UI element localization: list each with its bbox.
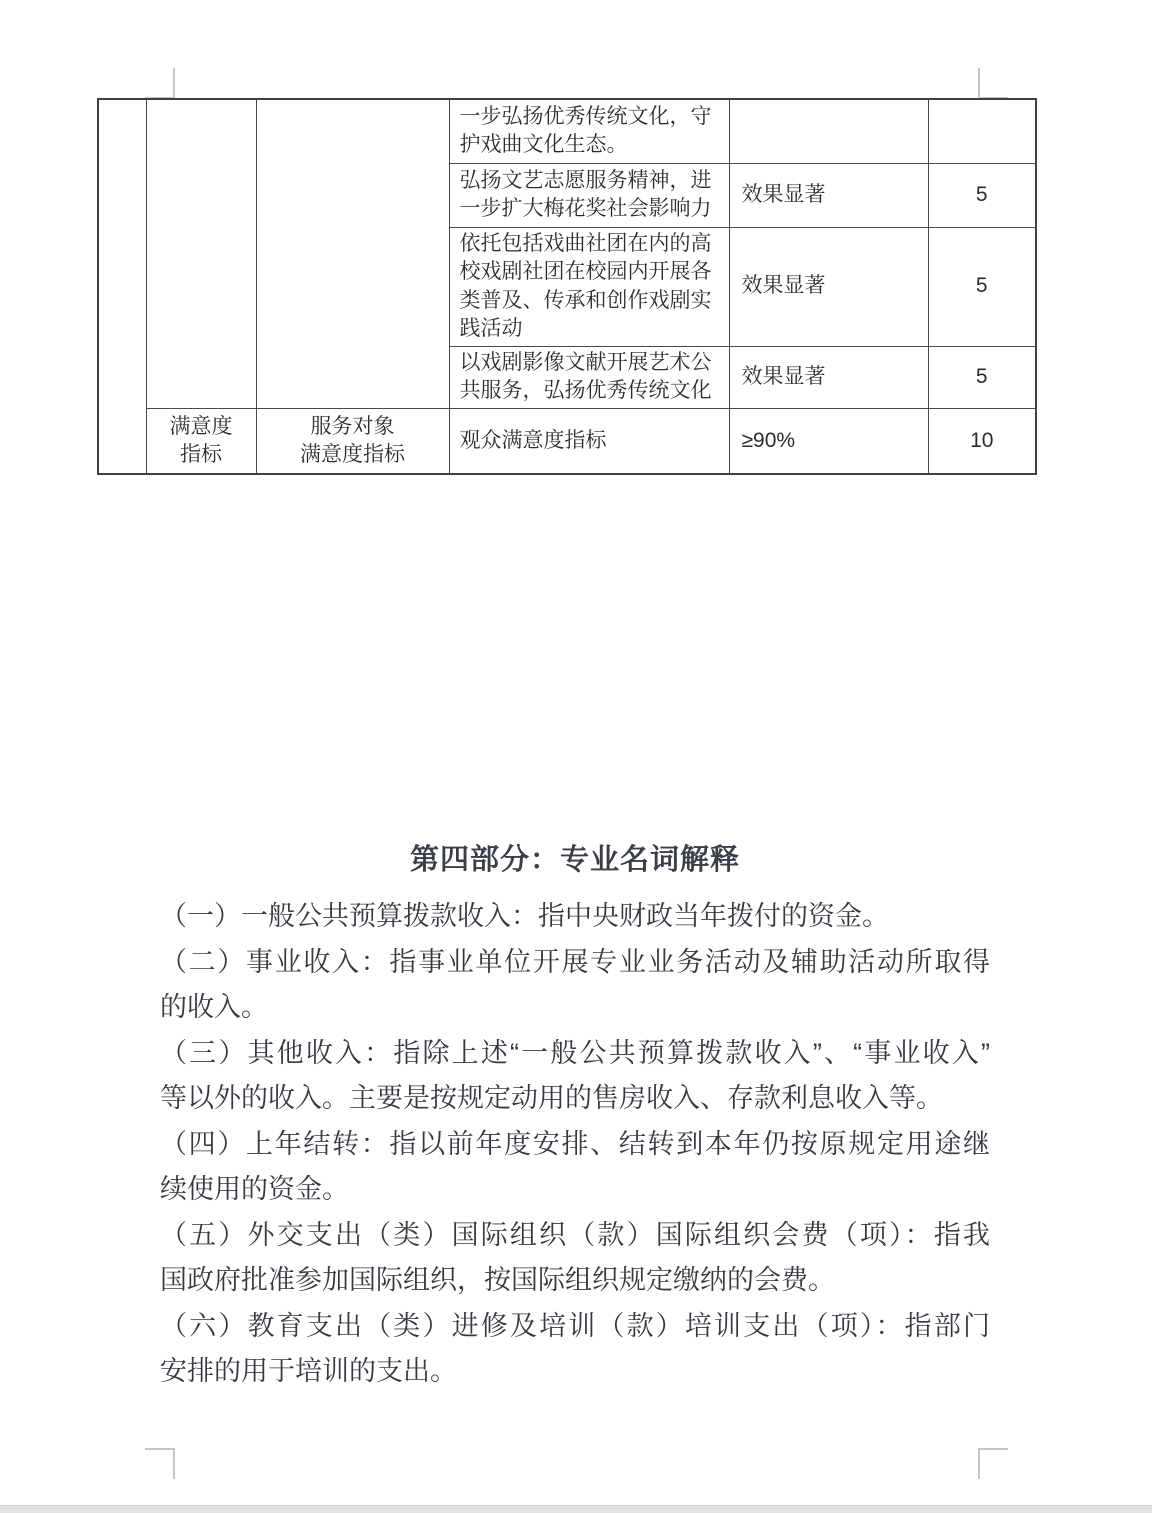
category-cell: 满意度 指标 — [146, 408, 256, 474]
definition-paragraph: （一）一般公共预算拨款收入：指中央财政当年拨付的资金。 — [160, 894, 990, 940]
definition-line: 等以外的收入。主要是按规定动用的售房收入、存款利息收入等。 — [160, 1076, 990, 1122]
page-bottom-edge — [0, 1505, 1152, 1513]
table-row: 满意度 指标 服务对象 满意度指标 观众满意度指标 ≥90% 10 — [98, 408, 1036, 474]
indicator-cell: 依托包括戏曲社团在内的高校戏剧社团在校园内开展各类普及、传承和创作戏剧实践活动 — [449, 227, 729, 346]
indicator-cell: 以戏剧影像文献开展艺术公共服务，弘扬优秀传统文化 — [449, 346, 729, 408]
left-spanner-cell — [98, 99, 146, 474]
target-cell: 效果显著 — [729, 346, 928, 408]
definition-line: 续使用的资金。 — [160, 1167, 990, 1213]
subcategory-spanner-cell — [256, 99, 449, 408]
definition-line: 国政府批准参加国际组织，按国际组织规定缴纳的会费。 — [160, 1258, 990, 1304]
definition-paragraph: （二）事业收入：指事业单位开展专业业务活动及辅助活动所取得 的收入。 — [160, 940, 990, 1031]
target-cell: ≥90% — [729, 408, 928, 474]
subcategory-cell: 服务对象 满意度指标 — [256, 408, 449, 474]
indicator-cell: 一步弘扬优秀传统文化，守护戏曲文化生态。 — [449, 99, 729, 163]
definition-line: （五）外交支出（类）国际组织（款）国际组织会费（项）：指我 — [160, 1213, 990, 1259]
category-spanner-cell — [146, 99, 256, 408]
document-page: { "document": { "section_title": "第四部分：专… — [0, 0, 1152, 1513]
definition-line: （一）一般公共预算拨款收入：指中央财政当年拨付的资金。 — [160, 894, 990, 940]
target-cell: 效果显著 — [729, 227, 928, 346]
score-cell: 5 — [928, 227, 1036, 346]
section-title: 第四部分：专业名词解释 — [160, 840, 990, 880]
definition-paragraph: （四）上年结转：指以前年度安排、结转到本年仍按原规定用途继 续使用的资金。 — [160, 1122, 990, 1213]
target-cell — [729, 99, 928, 163]
indicator-cell: 弘扬文艺志愿服务精神，进一步扩大梅花奖社会影响力 — [449, 163, 729, 227]
definition-paragraph: （六）教育支出（类）进修及培训（款）培训支出（项）：指部门 安排的用于培训的支出… — [160, 1304, 990, 1395]
definition-paragraph: （三）其他收入：指除上述“一般公共预算拨款收入”、“事业收入” 等以外的收入。主… — [160, 1031, 990, 1122]
definition-line: 的收入。 — [160, 985, 990, 1031]
definitions-block: （一）一般公共预算拨款收入：指中央财政当年拨付的资金。 （二）事业收入：指事业单… — [160, 894, 990, 1395]
definition-line: （三）其他收入：指除上述“一般公共预算拨款收入”、“事业收入” — [160, 1031, 990, 1077]
category-line: 指标 — [149, 441, 254, 469]
score-cell — [928, 99, 1036, 163]
indicator-cell: 观众满意度指标 — [449, 408, 729, 474]
score-cell: 10 — [928, 408, 1036, 474]
page-margin-mark-top-left — [145, 68, 175, 99]
page-margin-mark-bottom-right — [978, 1448, 1008, 1479]
definition-line: 安排的用于培训的支出。 — [160, 1349, 990, 1395]
target-cell: 效果显著 — [729, 163, 928, 227]
definition-line: （二）事业收入：指事业单位开展专业业务活动及辅助活动所取得 — [160, 940, 990, 986]
score-cell: 5 — [928, 346, 1036, 408]
page-margin-mark-top-right — [978, 68, 1008, 99]
definition-line: （六）教育支出（类）进修及培训（款）培训支出（项）：指部门 — [160, 1304, 990, 1350]
table-row: 一步弘扬优秀传统文化，守护戏曲文化生态。 — [98, 99, 1036, 163]
subcategory-line: 满意度指标 — [259, 441, 447, 469]
definition-line: （四）上年结转：指以前年度安排、结转到本年仍按原规定用途继 — [160, 1122, 990, 1168]
category-line: 满意度 — [149, 413, 254, 441]
definition-paragraph: （五）外交支出（类）国际组织（款）国际组织会费（项）：指我 国政府批准参加国际组… — [160, 1213, 990, 1304]
score-cell: 5 — [928, 163, 1036, 227]
performance-indicator-table: 一步弘扬优秀传统文化，守护戏曲文化生态。 弘扬文艺志愿服务精神，进一步扩大梅花奖… — [97, 98, 1037, 475]
subcategory-line: 服务对象 — [259, 413, 447, 441]
page-margin-mark-bottom-left — [145, 1448, 175, 1479]
